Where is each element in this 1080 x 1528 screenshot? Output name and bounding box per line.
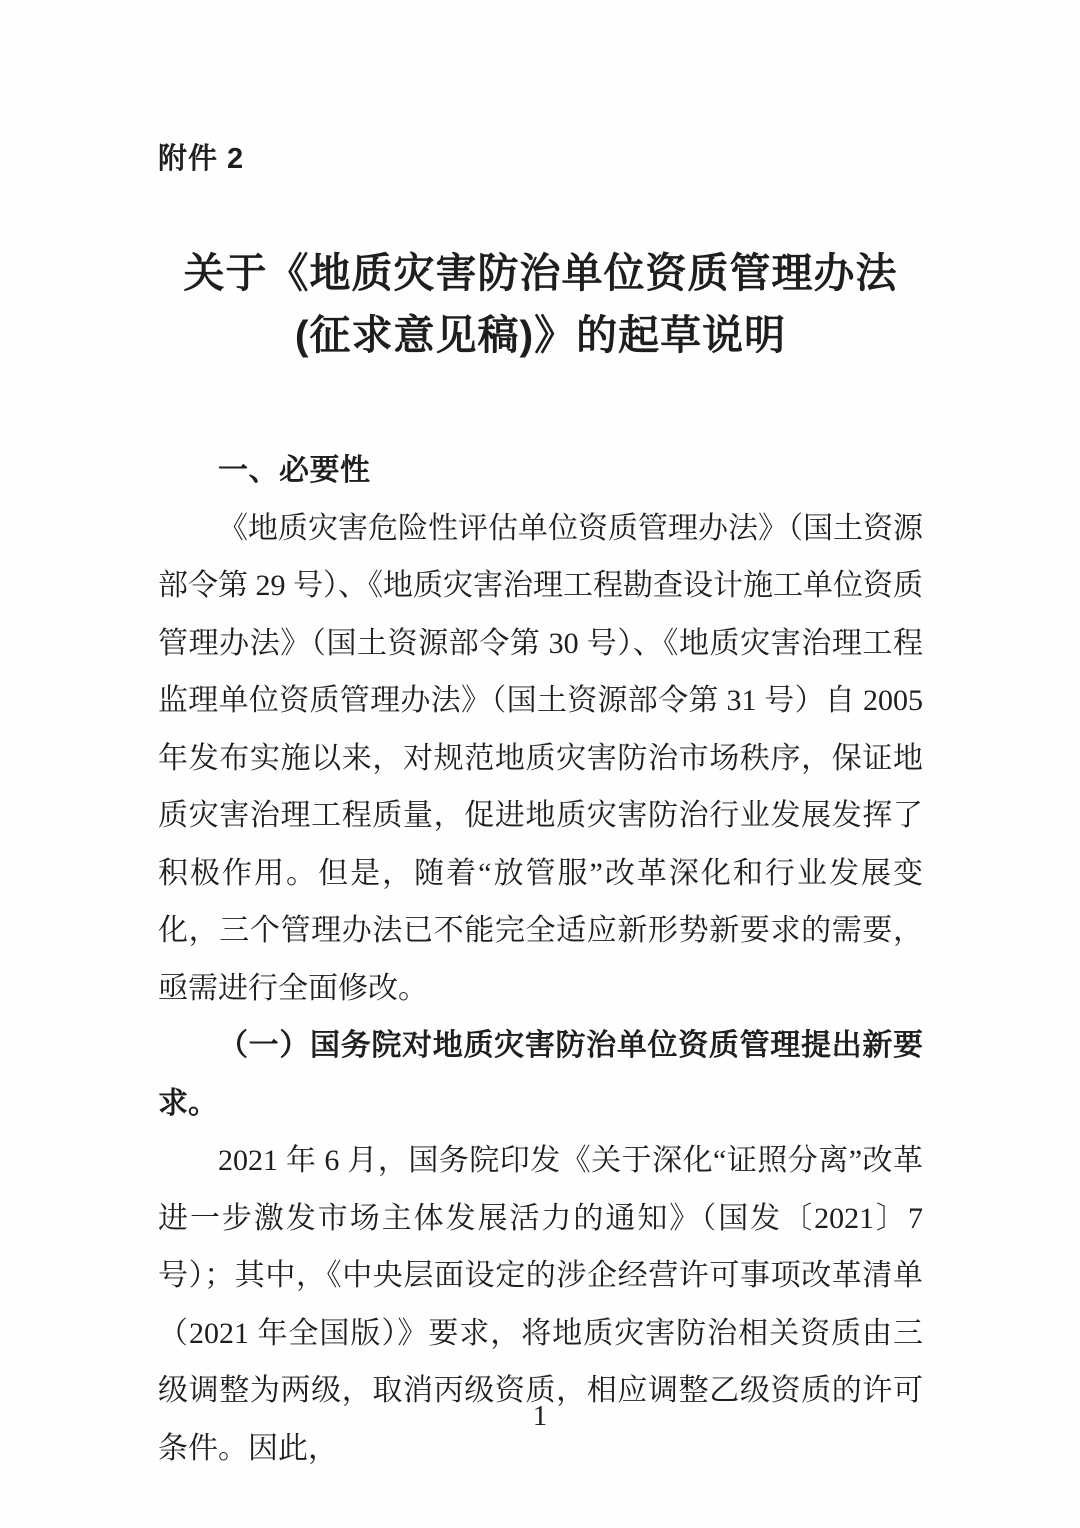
document-title-line-1: 关于《地质灾害防治单位资质管理办法 (158, 242, 923, 304)
document-title: 关于《地质灾害防治单位资质管理办法 (征求意见稿)》的起草说明 (158, 242, 923, 366)
document-page: 附件 2 关于《地质灾害防治单位资质管理办法 (征求意见稿)》的起草说明 一、必… (0, 0, 1080, 1528)
attachment-label: 附件 2 (158, 142, 923, 176)
paragraph-background: 《地质灾害危险性评估单位资质管理办法》（国土资源部令第 29 号）、《地质灾害治… (158, 500, 923, 1018)
document-title-line-2: (征求意见稿)》的起草说明 (158, 304, 923, 366)
section-heading-necessity: 一、必要性 (158, 442, 923, 500)
page-number: 1 (0, 1399, 1080, 1433)
subsection-heading-state-council: （一）国务院对地质灾害防治单位资质管理提出新要求。 (158, 1017, 923, 1132)
